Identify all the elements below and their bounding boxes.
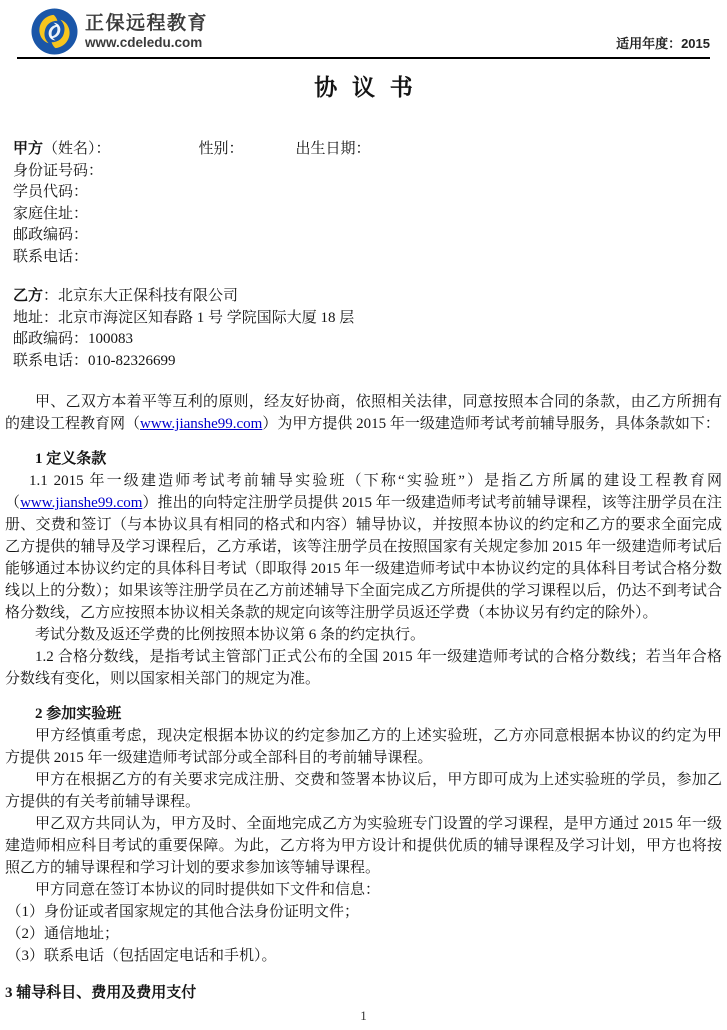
applicable-year-label: 适用年度：2015: [616, 33, 710, 55]
section-2-heading: 2 参加实验班: [5, 703, 722, 725]
header-divider: [17, 57, 710, 59]
list-item-2: （2）通信地址；: [5, 923, 722, 945]
party-a-address-label: 家庭住址：: [13, 204, 722, 226]
clause-1-1: 1.1 2015 年一级建造师考试考前辅导实验班（下称“实验班”）是指乙方所属的…: [5, 470, 722, 624]
section-2-paragraph-2: 甲方在根据乙方的有关要求完成注册、交费和签署本协议后，甲方即可成为上述实验班的学…: [5, 769, 722, 813]
jianshe99-link[interactable]: www.jianshe99.com: [140, 416, 262, 432]
party-a-label: 甲方: [13, 141, 43, 157]
jianshe99-link-2[interactable]: www.jianshe99.com: [20, 495, 142, 511]
section-2-paragraph-1: 甲方经慎重考虑，现决定根据本协议的约定参加乙方的上述实验班，乙方亦同意根据本协议…: [5, 725, 722, 769]
brand-logo: 正保远程教育 www.cdeledu.com: [31, 8, 208, 55]
intro-paragraph: 甲、乙双方本着平等互利的原则，经友好协商，依照相关法律，同意按照本合同的条款，由…: [5, 391, 722, 435]
clause-1-1-scores-paragraph: 考试分数及返还学费的比例按照本协议第 6 条的约定执行。: [5, 624, 722, 646]
party-a-gender-label: 性别：: [199, 141, 244, 157]
party-a-id-label: 身份证号码：: [13, 161, 722, 183]
clause-1-1-text-after: ）推出的向特定注册学员提供 2015 年一级建造师考试考前辅导课程，该等注册学员…: [5, 495, 722, 621]
section-1-heading: 1 定义条款: [5, 448, 722, 470]
brand-logo-icon: [31, 8, 78, 55]
brand-name: 正保远程教育: [85, 13, 208, 35]
party-b-section: 乙方：北京东大正保科技有限公司 地址：北京市海淀区知春路 1 号 学院国际大厦 …: [13, 286, 722, 372]
party-a-section: 甲方（姓名）：性别：出生日期： 身份证号码： 学员代码： 家庭住址： 邮政编码：…: [13, 139, 722, 268]
page-title: 协 议 书: [5, 73, 722, 103]
clause-1-2: 1.2 合格分数线，是指考试主管部门正式公布的全国 2015 年一级建造师考试的…: [5, 646, 722, 690]
party-b-company: ：北京东大正保科技有限公司: [43, 288, 238, 304]
party-b-label: 乙方: [13, 288, 43, 304]
brand-url-text: www.cdeledu.com: [85, 35, 208, 51]
list-item-3: （3）联系电话（包括固定电话和手机）。: [5, 945, 722, 967]
page-header: 正保远程教育 www.cdeledu.com 适用年度：2015: [5, 6, 722, 59]
section-2-paragraph-4: 甲方同意在签订本协议的同时提供如下文件和信息：: [5, 879, 722, 901]
party-a-birth-label: 出生日期：: [296, 141, 371, 157]
intro-text-after: ）为甲方提供 2015 年一级建造师考试考前辅导服务，具体条款如下：: [262, 416, 720, 432]
party-b-postcode: 邮政编码：100083: [13, 329, 722, 351]
party-a-name-label: （姓名）：: [43, 141, 111, 157]
party-a-student-code-label: 学员代码：: [13, 182, 722, 204]
agreement-page: 正保远程教育 www.cdeledu.com 适用年度：2015 协 议 书 甲…: [0, 0, 727, 1030]
page-number: 1: [0, 1008, 727, 1024]
party-a-postcode-label: 邮政编码：: [13, 225, 722, 247]
list-item-1: （1）身份证或者国家规定的其他合法身份证明文件；: [5, 901, 722, 923]
party-b-phone: 联系电话：010-82326699: [13, 351, 722, 373]
party-b-address: 地址：北京市海淀区知春路 1 号 学院国际大厦 18 层: [13, 308, 722, 330]
party-a-phone-label: 联系电话：: [13, 247, 722, 269]
party-b-main-line: 乙方：北京东大正保科技有限公司: [13, 286, 722, 308]
party-a-main-line: 甲方（姓名）：性别：出生日期：: [13, 139, 722, 161]
section-3-heading: 3 辅导科目、费用及费用支付: [5, 982, 722, 1004]
section-2-paragraph-3: 甲乙双方共同认为，甲方及时、全面地完成乙方为实验班专门设置的学习课程，是甲方通过…: [5, 813, 722, 879]
